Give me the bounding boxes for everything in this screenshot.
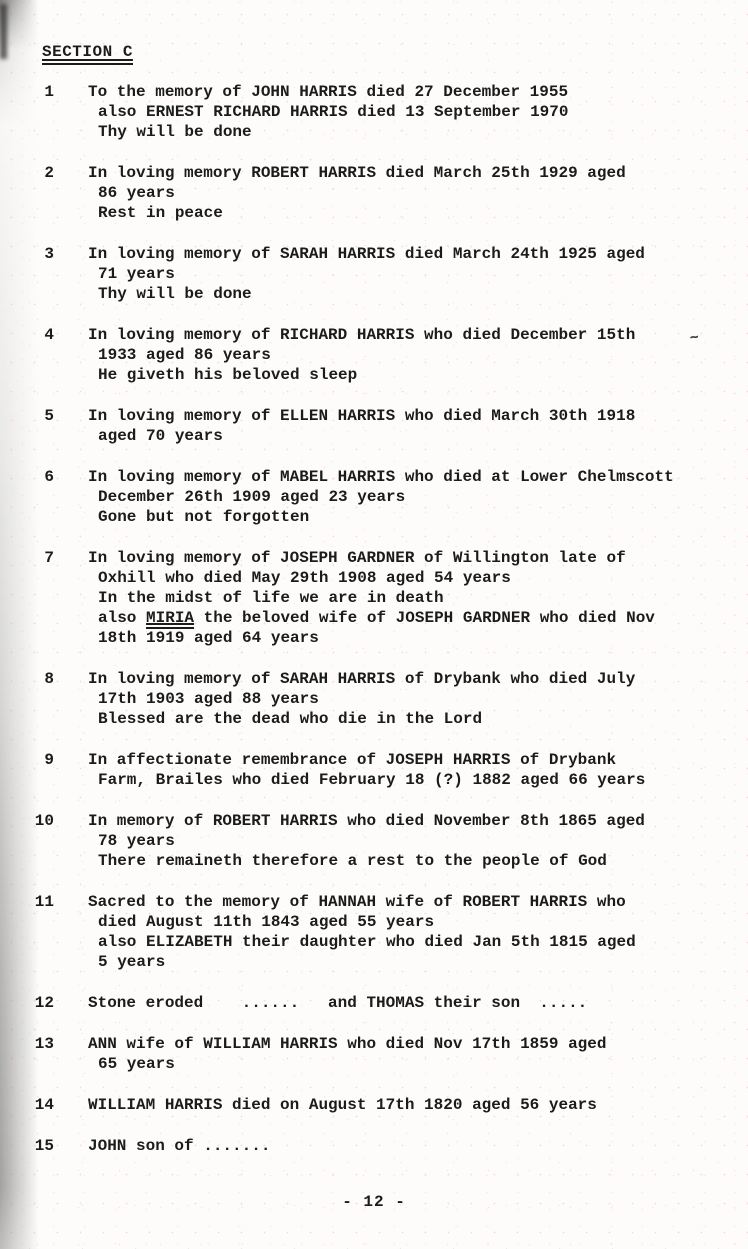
text-line: JOHN son of ....... [88,1136,270,1156]
text-line: Farm, Brailes who died February 18 (?) 1… [98,770,645,790]
entry: 14WILLIAM HARRIS died on August 17th 182… [0,1095,748,1115]
text-line: 5 years [98,952,636,972]
entry-text: In loving memory of MABEL HARRIS who die… [88,467,674,527]
text-line: In memory of ROBERT HARRIS who died Nove… [88,811,645,831]
text-line: December 26th 1909 aged 23 years [98,487,674,507]
entry-number: 12 [26,993,54,1013]
entry-text: In memory of ROBERT HARRIS who died Nove… [88,811,645,871]
entry-text: To the memory of JOHN HARRIS died 27 Dec… [88,82,568,142]
entry-text: In loving memory of ELLEN HARRIS who die… [88,406,635,446]
text-line: In loving memory of ELLEN HARRIS who die… [88,406,635,426]
text-line: 71 years [98,264,645,284]
text-line: Sacred to the memory of HANNAH wife of R… [88,892,636,912]
entries-list: 1To the memory of JOHN HARRIS died 27 De… [0,82,748,1156]
text-line: died August 11th 1843 aged 55 years [98,912,636,932]
entry-number: 10 [26,811,54,871]
entry-text: JOHN son of ....... [88,1136,270,1156]
text-line: WILLIAM HARRIS died on August 17th 1820 … [88,1095,597,1115]
text-line: In loving memory of MABEL HARRIS who die… [88,467,674,487]
entry-text: In affectionate remembrance of JOSEPH HA… [88,750,645,790]
entry-text: In loving memory ROBERT HARRIS died Marc… [88,163,626,223]
entry-number: 13 [26,1034,54,1074]
text-line: also ERNEST RICHARD HARRIS died 13 Septe… [98,102,568,122]
text-line: In the midst of life we are in death [98,588,655,608]
text-line: also ELIZABETH their daughter who died J… [98,932,636,952]
text-line: 1933 aged 86 years [98,345,635,365]
section-heading: SECTION C [42,42,133,65]
entry-number: 4 [26,325,54,385]
text-line: aged 70 years [98,426,635,446]
entry-number: 14 [26,1095,54,1115]
entry: 8In loving memory of SARAH HARRIS of Dry… [0,669,748,729]
text-line: In affectionate remembrance of JOSEPH HA… [88,750,645,770]
entry: 9In affectionate remembrance of JOSEPH H… [0,750,748,790]
page-content: SECTION C 1To the memory of JOHN HARRIS … [0,0,748,1249]
text-line: 86 years [98,183,626,203]
entry-number: 9 [26,750,54,790]
text-line: To the memory of JOHN HARRIS died 27 Dec… [88,82,568,102]
entry-text: Stone eroded ...... and THOMAS their son… [88,993,587,1013]
text-line: Oxhill who died May 29th 1908 aged 54 ye… [98,568,655,588]
entry-number: 2 [26,163,54,223]
text-line: In loving memory of SARAH HARRIS died Ma… [88,244,645,264]
text-line: In loving memory of JOSEPH GARDNER of Wi… [88,548,655,568]
entry: 1To the memory of JOHN HARRIS died 27 De… [0,82,748,142]
text-line: Blessed are the dead who die in the Lord [98,709,635,729]
text-line: In loving memory of RICHARD HARRIS who d… [88,325,635,345]
entry-text: In loving memory of SARAH HARRIS died Ma… [88,244,645,304]
text-line: In loving memory ROBERT HARRIS died Marc… [88,163,626,183]
text-line: There remaineth therefore a rest to the … [98,851,645,871]
entry: 5In loving memory of ELLEN HARRIS who di… [0,406,748,446]
text-line: ANN wife of WILLIAM HARRIS who died Nov … [88,1034,606,1054]
entry: 7In loving memory of JOSEPH GARDNER of W… [0,548,748,648]
entry-number: 5 [26,406,54,446]
entry: 15JOHN son of ....... [0,1136,748,1156]
text-line: 17th 1903 aged 88 years [98,689,635,709]
entry-number: 11 [26,892,54,972]
entry-text: Sacred to the memory of HANNAH wife of R… [88,892,636,972]
text-line: also MIRIA the beloved wife of JOSEPH GA… [98,608,655,628]
text-line: 18th 1919 aged 64 years [98,628,655,648]
entry-text: In loving memory of SARAH HARRIS of Dryb… [88,669,635,729]
page-number: - 12 - [0,1192,748,1212]
entry-text: In loving memory of JOSEPH GARDNER of Wi… [88,548,655,648]
text-line: In loving memory of SARAH HARRIS of Dryb… [88,669,635,689]
entry: 12Stone eroded ...... and THOMAS their s… [0,993,748,1013]
entry-number: 3 [26,244,54,304]
entry-text: ANN wife of WILLIAM HARRIS who died Nov … [88,1034,606,1074]
entry-number: 6 [26,467,54,527]
text-line: Rest in peace [98,203,626,223]
text-line: Stone eroded ...... and THOMAS their son… [88,993,587,1013]
entry-number: 1 [26,82,54,142]
entry-text: In loving memory of RICHARD HARRIS who d… [88,325,635,385]
entry: 3In loving memory of SARAH HARRIS died M… [0,244,748,304]
entry-number: 15 [26,1136,54,1156]
text-line: Thy will be done [98,284,645,304]
entry: 2In loving memory ROBERT HARRIS died Mar… [0,163,748,223]
text-line: 65 years [98,1054,606,1074]
text-line: Thy will be done [98,122,568,142]
text-line: 78 years [98,831,645,851]
entry: 6In loving memory of MABEL HARRIS who di… [0,467,748,527]
entry-number: 7 [26,548,54,648]
entry-text: WILLIAM HARRIS died on August 17th 1820 … [88,1095,597,1115]
entry: 10In memory of ROBERT HARRIS who died No… [0,811,748,871]
entry: 11Sacred to the memory of HANNAH wife of… [0,892,748,972]
entry: 4In loving memory of RICHARD HARRIS who … [0,325,748,385]
text-line: Gone but not forgotten [98,507,674,527]
scanned-document-page: SECTION C 1To the memory of JOHN HARRIS … [0,0,748,1249]
entry-number: 8 [26,669,54,729]
text-line: He giveth his beloved sleep [98,365,635,385]
entry: 13ANN wife of WILLIAM HARRIS who died No… [0,1034,748,1074]
